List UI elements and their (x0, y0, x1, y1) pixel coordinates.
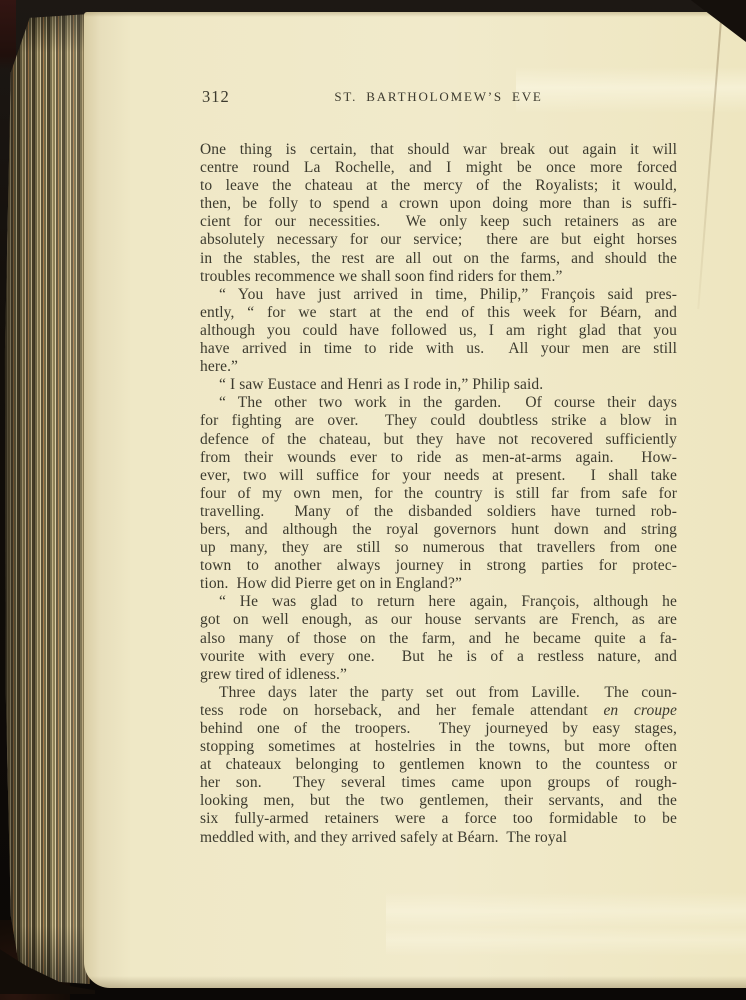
text-line: in the stables, the rest are all out on … (200, 250, 677, 268)
page-header: 312 ST. BARTHOLOMEW’S EVE (200, 86, 677, 108)
paragraph: One thing is certain, that should war br… (200, 141, 677, 286)
text-line: troubles recommence we shall soon find r… (200, 268, 677, 286)
book-page: 312 ST. BARTHOLOMEW’S EVE One thing is c… (84, 12, 746, 988)
text-line: then, be folly to spend a crown upon doi… (200, 195, 677, 213)
text-line: looking men, but the two gentlemen, thei… (200, 792, 677, 810)
text-line: here.” (200, 358, 677, 376)
running-header: ST. BARTHOLOMEW’S EVE (200, 86, 677, 105)
text-line: ently, “ for we start at the end of this… (200, 304, 677, 322)
text-line: Three days later the party set out from … (200, 684, 677, 702)
text-line: vourite with every one. But he is of a r… (200, 648, 677, 666)
text-line: also many of those on the farm, and he b… (200, 630, 677, 648)
text-line: town to another always journey in strong… (200, 557, 677, 575)
text-line: four of my own men, for the country is s… (200, 485, 677, 503)
text-line: six fully-armed retainers were a force t… (200, 810, 677, 828)
text-line: got on well enough, as our house servant… (200, 611, 677, 629)
text-line: grew tired of idleness.” (200, 666, 677, 684)
paragraph: “ He was glad to return here again, Fran… (200, 593, 677, 683)
book-photo: 312 ST. BARTHOLOMEW’S EVE One thing is c… (0, 0, 746, 1000)
book-cover-glimpse-top (0, 0, 16, 70)
text-line: ever, two will suffice for your needs at… (200, 467, 677, 485)
italic-phrase: en croupe (603, 702, 677, 719)
text-line: travelling. Many of the disbanded soldie… (200, 503, 677, 521)
text-body: One thing is certain, that should war br… (200, 141, 677, 847)
text-line: for fighting are over. They could doubtl… (200, 412, 677, 430)
text-line: tess rode on horseback, and her female a… (200, 702, 677, 720)
text-line: behind one of the troopers. They journey… (200, 720, 677, 738)
paragraph: “ I saw Eustace and Henri as I rode in,”… (200, 376, 677, 394)
text-line: “ You have just arrived in time, Philip,… (200, 286, 677, 304)
text-line: stopping sometimes at hostelries in the … (200, 738, 677, 756)
text-line: have arrived in time to ride with us. Al… (200, 340, 677, 358)
text-line: absolutely necessary for our service; th… (200, 231, 677, 249)
paragraph: “ The other two work in the garden. Of c… (200, 394, 677, 593)
text-line: her son. They several times came upon gr… (200, 774, 677, 792)
text-line: meddled with, and they arrived safely at… (200, 829, 677, 847)
text-line: cient for our necessities. We only keep … (200, 213, 677, 231)
text-line: bers, and although the royal governors h… (200, 521, 677, 539)
text-line: although you could have followed us, I a… (200, 322, 677, 340)
text-line: tion. How did Pierre get on in England?” (200, 575, 677, 593)
scan-light-band-bottom (386, 892, 746, 956)
text-line: up many, they are still so numerous that… (200, 539, 677, 557)
text-line: centre round La Rochelle, and I might be… (200, 159, 677, 177)
text-segment: tess rode on horseback, and her female a… (200, 702, 603, 719)
page-number: 312 (202, 87, 230, 107)
text-line: to leave the chateau at the mercy of the… (200, 177, 677, 195)
text-line: One thing is certain, that should war br… (200, 141, 677, 159)
text-line: from their wounds ever to ride as men-at… (200, 449, 677, 467)
text-line: “ The other two work in the garden. Of c… (200, 394, 677, 412)
text-line: defence of the chateau, but they have no… (200, 431, 677, 449)
page-crease (697, 20, 722, 309)
book-page-edges (4, 14, 90, 984)
paragraph: Three days later the party set out from … (200, 684, 677, 847)
page-content: 312 ST. BARTHOLOMEW’S EVE One thing is c… (200, 86, 677, 847)
text-line: “ I saw Eustace and Henri as I rode in,”… (200, 376, 677, 394)
text-line: at chateaux belonging to gentlemen known… (200, 756, 677, 774)
paragraph: “ You have just arrived in time, Philip,… (200, 286, 677, 376)
text-line: “ He was glad to return here again, Fran… (200, 593, 677, 611)
